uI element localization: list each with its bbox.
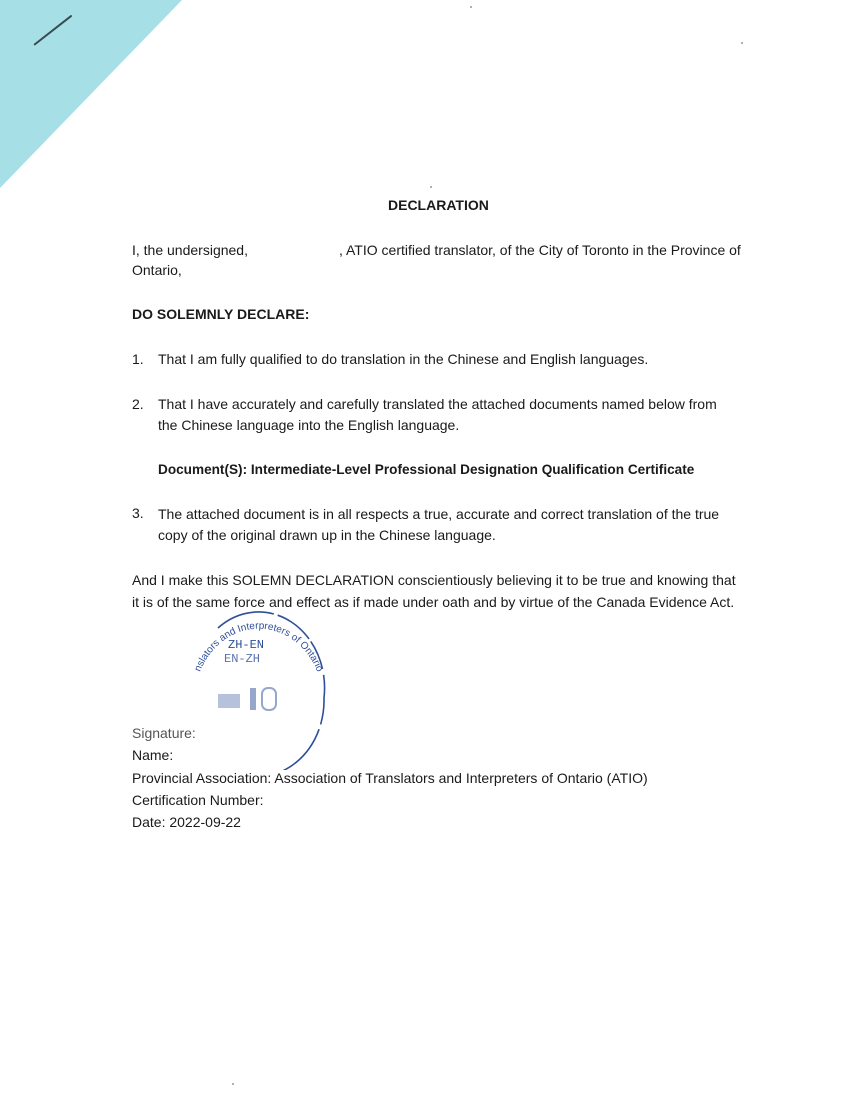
provincial-association: Provincial Association: Association of T… <box>132 768 648 788</box>
atio-seal-stamp: nslators and Interpreters of Ontario ZH-… <box>188 610 328 770</box>
intro-line-after-name: , ATIO certified translator, of the City… <box>339 240 741 260</box>
page-title: DECLARATION <box>388 195 489 215</box>
date-line: Date: 2022-09-22 <box>132 812 241 832</box>
signature-label: Signature: <box>132 723 196 743</box>
intro-line-before-name: I, the undersigned, <box>132 240 248 260</box>
item-1-line-1: That I am fully qualified to do translat… <box>158 349 648 369</box>
item-2-line-2: the Chinese language into the English la… <box>158 415 459 435</box>
certification-number-label: Certification Number: <box>132 790 264 810</box>
name-label: Name: <box>132 745 173 765</box>
item-number: 1. <box>132 349 144 369</box>
blue-paper-corner <box>0 0 182 188</box>
item-3-line-1: The attached document is in all respects… <box>158 504 719 524</box>
scan-speck <box>232 1083 234 1085</box>
scan-speck <box>470 6 472 8</box>
item-number: 3. <box>132 503 144 523</box>
scan-speck <box>430 186 432 188</box>
scan-speck <box>741 42 743 44</box>
closing-line-2: it is of the same force and effect as if… <box>132 592 734 612</box>
stamp-line-1: ZH-EN <box>228 638 264 652</box>
closing-line-1: And I make this SOLEMN DECLARATION consc… <box>132 570 736 590</box>
item-number: 2. <box>132 394 144 414</box>
stamp-line-2: EN-ZH <box>224 652 260 666</box>
item-3-line-2: copy of the original drawn up in the Chi… <box>158 525 496 545</box>
documents-label: Document(S): Intermediate-Level Professi… <box>158 460 694 480</box>
item-2-line-1: That I have accurately and carefully tra… <box>158 394 717 414</box>
solemn-heading: DO SOLEMNLY DECLARE: <box>132 304 309 324</box>
intro-line-2: Ontario, <box>132 260 182 280</box>
